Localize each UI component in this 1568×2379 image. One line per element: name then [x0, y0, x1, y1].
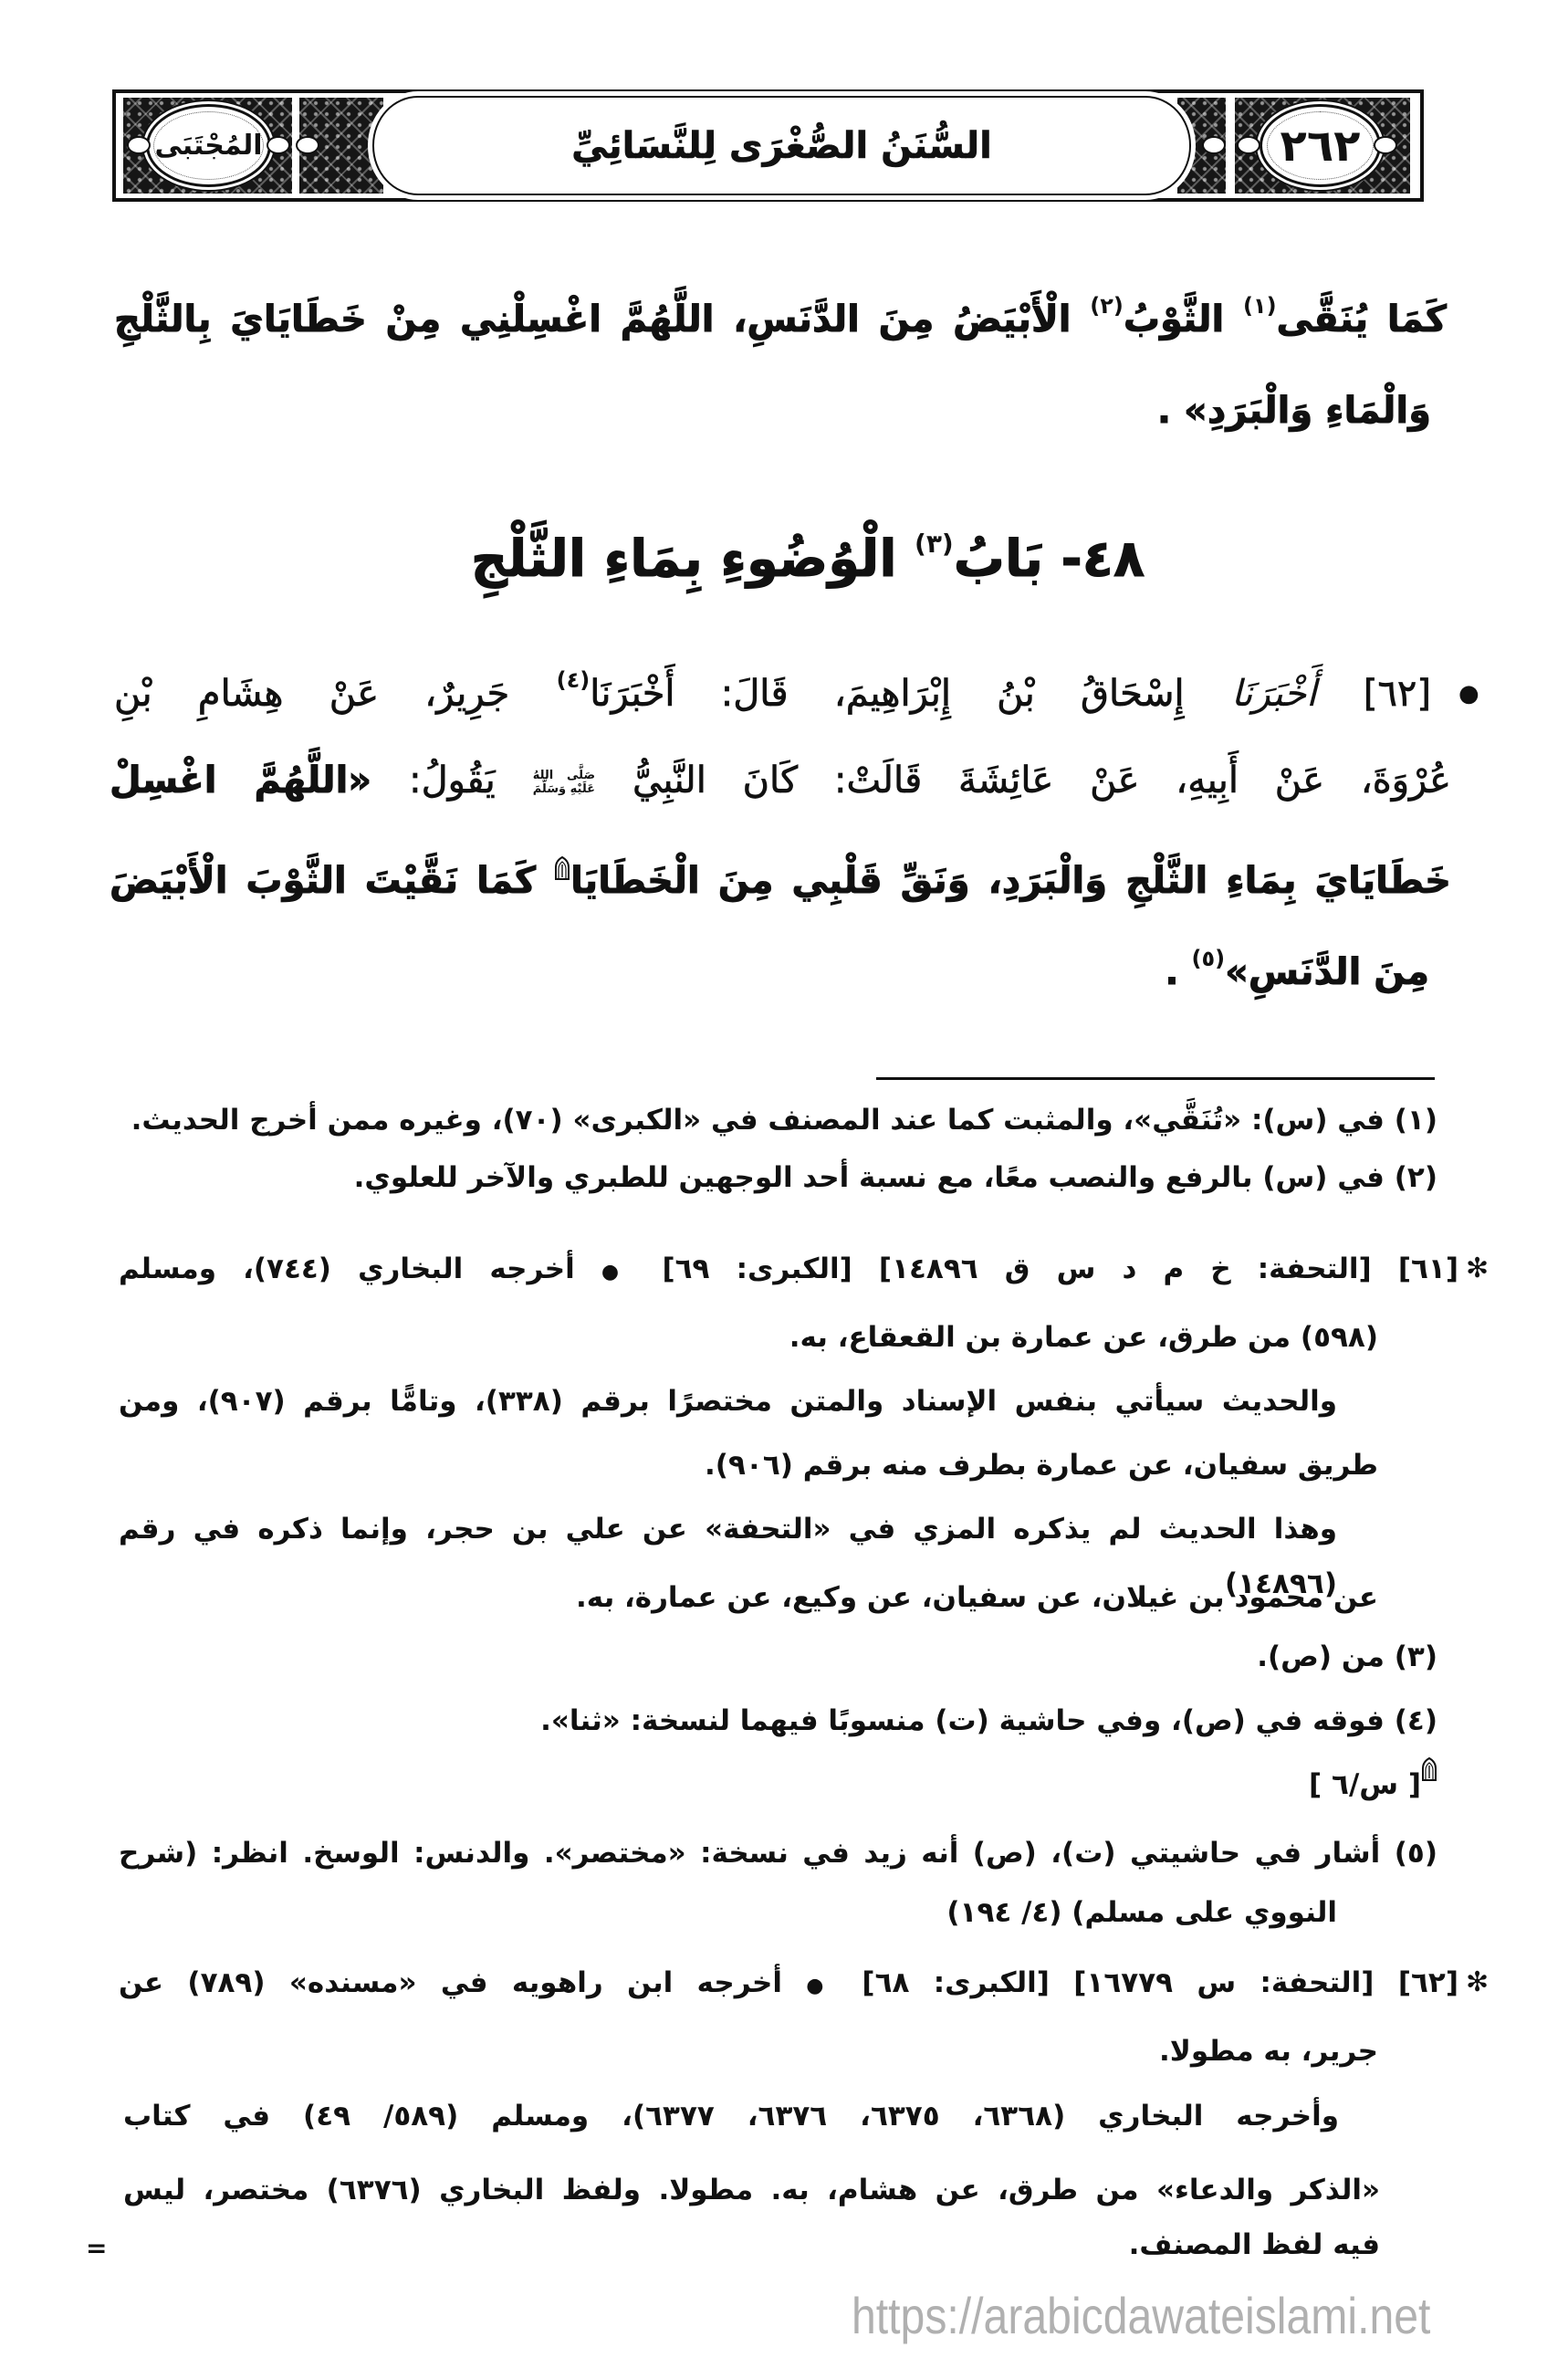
salawat-top: صَلَّى اللهُ: [533, 769, 595, 782]
footnote-ref-4: (٤): [557, 667, 591, 693]
takhrij-62-line-2: جرير، به مطولا.: [119, 2024, 1378, 2079]
footnote-2: (٢) في (س) بالرفع والنصب معًا، مع نسبة أ…: [119, 1150, 1437, 1205]
takhrij-refs: [٦٢] [التحفة: س ١٦٧٧٩] [الكبرى: ٦٨]: [862, 1966, 1458, 1999]
page-number-medallion: ٢٦٢: [1260, 104, 1381, 187]
transmission-formula: أَخْبَرَنَا: [1231, 673, 1316, 715]
footnote-separator: [876, 1077, 1435, 1080]
takhrij-62-line-3: وأخرجه البخاري (٦٣٦٨، ٦٣٧٥، ٦٣٧٦، ٦٣٧٧)،…: [123, 2089, 1339, 2143]
text-segment: الثَّوْبُ: [1124, 299, 1224, 341]
footnote-text: (٥) أشار في حاشيتي (ت)، (ص) أنه زيد في ن…: [119, 1837, 1437, 1870]
takhrij-62-line-1: [٦٢] [التحفة: س ١٦٧٧٩] [الكبرى: ٦٨] ● أخ…: [119, 1955, 1458, 2010]
watermark-url: https://arabicdawateislami.net: [852, 2287, 1430, 2345]
text-segment: .: [1165, 951, 1178, 993]
hadith-line-1: [٦٢] أَخْبَرَنَا إِسْحَاقُ بْنُ إِبْرَاه…: [114, 648, 1431, 739]
takhrij-text: جرير، به مطولا.: [1159, 2035, 1378, 2068]
takhrij-text: والحديث سيأتي بنفس الإسناد والمتن مختصرً…: [119, 1385, 1337, 1418]
takhrij-text: أخرجه ابن راهويه في «مسنده» (٧٨٩) عن: [119, 1966, 782, 1999]
hadith-line-4: مِنَ الدَّنَسِ»(٥) .: [110, 927, 1429, 1018]
matn-segment: كَمَا نَقَّيْتَ الثَّوْبَ الْأَبْيَضَ: [110, 860, 536, 902]
main-text-line-1: كَمَا يُنَقَّى(١) الثَّوْبُ(٢) الْأَبْيَ…: [114, 274, 1447, 365]
takhrij-text: فيه لفظ المصنف.: [1129, 2228, 1380, 2261]
footnote-text: (٤) فوقه في (ص)، وفي حاشية (ت) منسوبًا ف…: [540, 1704, 1437, 1737]
takhrij-61-line-4: طريق سفيان، عن عمارة بطرف منه برقم (٩٠٦)…: [119, 1438, 1378, 1493]
takhrij-text: (٥٩٨) من طرق، عن عمارة بن القعقاع، به.: [789, 1321, 1378, 1354]
takhrij-star-icon: ✻: [1466, 1955, 1489, 2010]
matn-segment: مِنَ الدَّنَسِ»: [1225, 951, 1429, 993]
chapter-number: ٤٨-: [1061, 529, 1145, 589]
takhrij-text: طريق سفيان، عن عمارة بطرف منه برقم (٩٠٦)…: [705, 1449, 1378, 1482]
isnad-segment: عُرْوَةَ، عَنْ أَبِيهِ، عَنْ عَائِشَةَ ق…: [632, 760, 1451, 802]
hadith-number: [٦٢]: [1364, 673, 1431, 715]
book-emblem-text: المُجْتَبَى: [154, 130, 262, 162]
footnote-1: (١) في (س): «تُنَقَّي»، والمثبت كما عند …: [119, 1093, 1437, 1148]
footnote-5-line-2: النووي على مسلم) (٤/ ١٩٤): [119, 1885, 1337, 1940]
hadith-line-3: خَطَايَايَ بِمَاءِ الثَّلْجِ وَالْبَرَدِ…: [110, 835, 1451, 927]
matn-segment: «اللَّهُمَّ اغْسِلْ: [110, 760, 371, 802]
footnote-ref-1: (١): [1243, 293, 1277, 319]
takhrij-text: أخرجه البخاري (٧٤٤)، ومسلم: [119, 1252, 575, 1285]
takhrij-61-line-5: وهذا الحديث لم يذكره المزي في «التحفة» ع…: [119, 1502, 1337, 1556]
ornament-bead-icon: [1237, 136, 1260, 154]
page-break-marker-icon: [1421, 1757, 1437, 1781]
bullet-icon: ●: [806, 1975, 838, 1997]
book-title-cartouche: السُّنَنُ الصُّغْرَى لِلنَّسَائِيِّ: [372, 96, 1191, 195]
takhrij-text: عن محمود بن غيلان، عن سفيان، عن وكيع، عن…: [576, 1581, 1378, 1614]
isnad-segment: جَرِيرٌ، عَنْ هِشَامِ بْنِ: [114, 673, 509, 715]
takhrij-refs: [٦١] [التحفة: خ م د س ق ١٤٨٩٦] [الكبرى: …: [662, 1252, 1458, 1285]
ornament-bead-icon: [127, 136, 151, 154]
chapter-word: بَابُ: [954, 529, 1043, 589]
isnad-segment: إِسْحَاقُ بْنُ إِبْرَاهِيمَ، قَالَ: أَخْ…: [590, 673, 1184, 715]
salawat-ligature-icon: صَلَّى اللهُ عَلَيْهِ وَسَلَّمَ: [533, 769, 595, 796]
hadith-bullet-icon: ●: [1458, 680, 1479, 707]
takhrij-61-line-6: عن محمود بن غيلان، عن سفيان، عن وكيع، عن…: [119, 1570, 1378, 1625]
takhrij-62-line-5: فيه لفظ المصنف.: [123, 2217, 1380, 2272]
isnad-segment: يَقُولُ:: [409, 760, 496, 802]
ornament-bead-icon: [1202, 136, 1226, 154]
page-marker-text: [ س/٦ ]: [1309, 1768, 1421, 1801]
text-segment: وَالْمَاءِ وَالْبَرَدِ» .: [1157, 390, 1431, 432]
hadith-line-2: عُرْوَةَ، عَنْ أَبِيهِ، عَنْ عَائِشَةَ ق…: [110, 735, 1451, 826]
continuation-mark: =: [86, 2232, 107, 2265]
ornament-bead-icon: [296, 136, 319, 154]
chapter-title: الْوُضُوءِ بِمَاءِ الثَّلْجِ: [471, 529, 897, 589]
matn-segment: خَطَايَايَ بِمَاءِ الثَّلْجِ وَالْبَرَدِ…: [570, 860, 1451, 902]
footnote-text: (٢) في (س) بالرفع والنصب معًا، مع نسبة أ…: [354, 1161, 1437, 1194]
chapter-heading: ٤٨- بَابُ(٣) الْوُضُوءِ بِمَاءِ الثَّلْج…: [365, 509, 1250, 610]
text-segment: كَمَا يُنَقَّى: [1277, 299, 1447, 341]
page-break-marker-icon: [554, 856, 570, 880]
footnote-text: (١) في (س): «تُنَقَّي»، والمثبت كما عند …: [131, 1104, 1437, 1137]
footnote-3: (٣) من (ص).: [119, 1630, 1437, 1684]
running-header: المُجْتَبَى ٢٦٢ السُّنَنُ الصُّغْرَى لِل…: [112, 89, 1424, 202]
bullet-icon: ●: [601, 1261, 636, 1284]
ornament-bead-icon: [267, 136, 290, 154]
takhrij-star-icon: ✻: [1466, 1242, 1489, 1296]
book-title: السُّنَنُ الصُّغْرَى لِلنَّسَائِيِّ: [571, 125, 992, 167]
footnote-4: (٤) فوقه في (ص)، وفي حاشية (ت) منسوبًا ف…: [119, 1693, 1437, 1748]
takhrij-text: وأخرجه البخاري (٦٣٦٨، ٦٣٧٥، ٦٣٧٦، ٦٣٧٧)،…: [123, 2100, 1339, 2133]
footnote-5-line-1: (٥) أشار في حاشيتي (ت)، (ص) أنه زيد في ن…: [119, 1826, 1437, 1881]
takhrij-text: «الذكر والدعاء» من طرق، عن هشام، به. مطو…: [123, 2174, 1380, 2206]
takhrij-61-line-2: (٥٩٨) من طرق، عن عمارة بن القعقاع، به.: [119, 1310, 1378, 1365]
footnote-ref-5: (٥): [1191, 946, 1225, 971]
main-text-line-2: وَالْمَاءِ وَالْبَرَدِ» .: [114, 365, 1431, 456]
manuscript-page-marker: [ س/٦ ]: [119, 1757, 1437, 1812]
takhrij-61-line-3: والحديث سيأتي بنفس الإسناد والمتن مختصرً…: [119, 1374, 1337, 1429]
salawat-bottom: عَلَيْهِ وَسَلَّمَ: [533, 782, 595, 796]
footnote-text: النووي على مسلم) (٤/ ١٩٤): [946, 1896, 1337, 1929]
takhrij-61-line-1: [٦١] [التحفة: خ م د س ق ١٤٨٩٦] [الكبرى: …: [119, 1242, 1458, 1296]
text-segment: الْأَبْيَضُ مِنَ الدَّنَسِ، اللَّهُمَّ ا…: [114, 299, 1071, 341]
footnote-text: (٣) من (ص).: [1257, 1640, 1437, 1673]
page-number: ٢٦٢: [1281, 121, 1361, 172]
book-emblem-medallion: المُجْتَبَى: [146, 104, 271, 187]
footnote-ref-2: (٢): [1090, 293, 1124, 319]
takhrij-62-line-4: «الذكر والدعاء» من طرق، عن هشام، به. مطو…: [123, 2163, 1380, 2217]
ornament-bead-icon: [1374, 136, 1397, 154]
footnote-ref-3: (٣): [915, 529, 954, 559]
